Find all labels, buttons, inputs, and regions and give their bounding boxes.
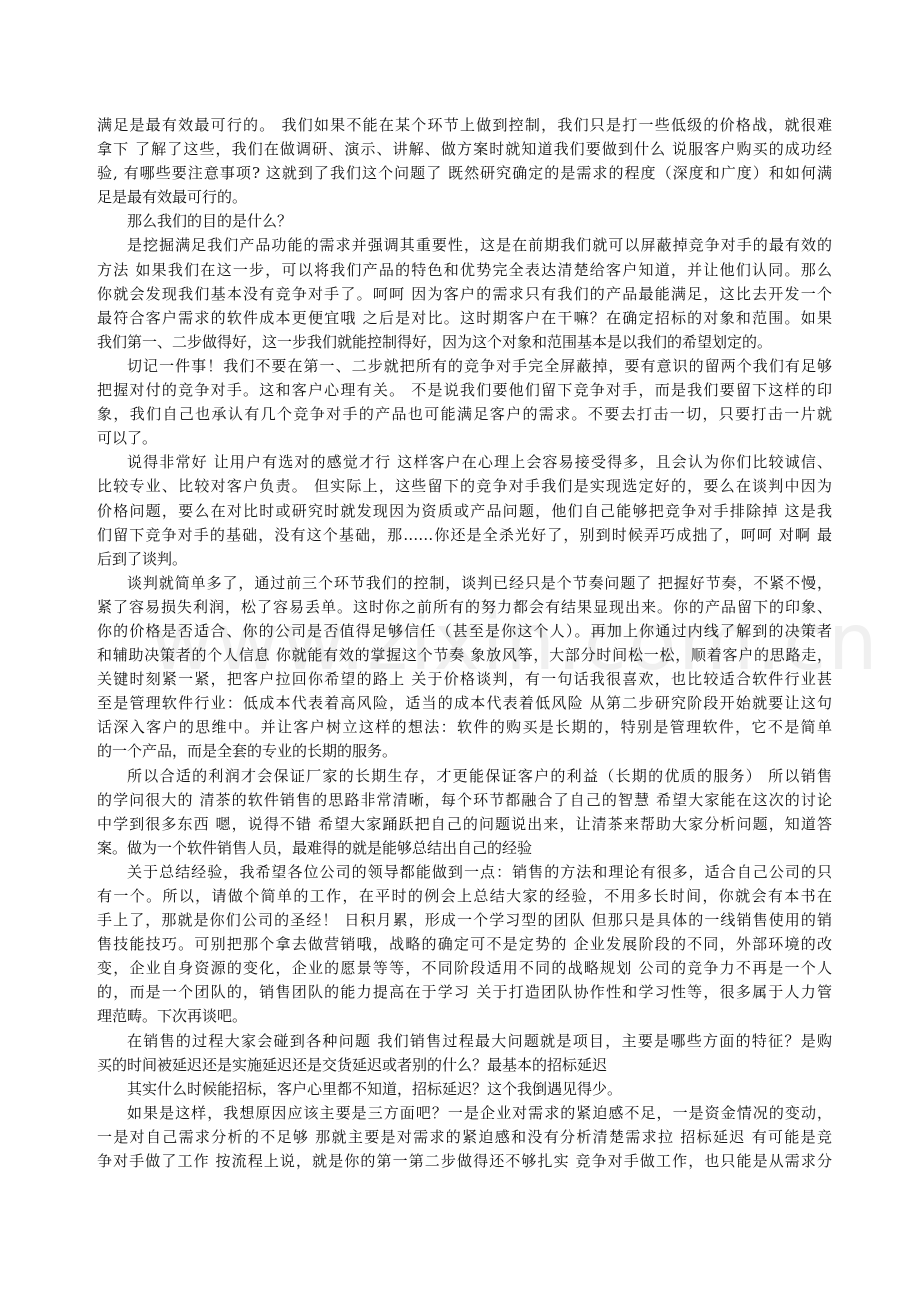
text-line: 的，而是一个团队的，销售团队的能力提高在于学习 关于打造团队协作性和学习性等，很… xyxy=(97,980,832,1004)
text-line: 把握对付的竞争对手。这和客户心理有关。 不是说我们要他们留下竞争对手，而是我们要… xyxy=(97,378,832,402)
text-line: 其实什么时候能招标，客户心里都不知道，招标延迟？这个我倒遇见得少。 xyxy=(97,1077,832,1101)
paragraph: 是挖掘满足我们产品功能的需求并强调其重要性，这是在前期我们就可以屏蔽掉竞争对手的… xyxy=(97,233,837,353)
text-line: 切记一件事！我们不要在第一、二步就把所有的竞争对手完全屏蔽掉，要有意识的留两个我… xyxy=(97,354,832,378)
paragraph: 在销售的过程大家会碰到各种问题 我们销售过程最大问题就是项目，主要是哪些方面的特… xyxy=(97,1029,837,1077)
text-line: 和辅助决策者的个人信息 你就能有效的掌握这个节奏 象放风筝，大部分时间松一松，顺… xyxy=(97,643,832,667)
document-body: 满足是最有效最可行的。 我们如果不能在某个环节上做到控制，我们只是打一些低级的价… xyxy=(97,113,837,1173)
text-line: 谈判就简单多了，通过前三个环节我们的控制，谈判已经只是个节奏问题了 把握好节奏，… xyxy=(97,571,832,595)
text-line: 是挖掘满足我们产品功能的需求并强调其重要性，这是在前期我们就可以屏蔽掉竞争对手的… xyxy=(97,233,832,257)
text-line: 中学到很多东西 嗯，说得不错 希望大家踊跃把自己的问题说出来，让清茶来帮助大家分… xyxy=(97,812,832,836)
text-line: 说得非常好 让用户有选对的感觉才行 这样客户在心理上会容易接受得多，且会认为你们… xyxy=(97,450,832,474)
text-line: 在销售的过程大家会碰到各种问题 我们销售过程最大问题就是项目，主要是哪些方面的特… xyxy=(97,1029,832,1053)
text-line: 那么我们的目的是什么？ xyxy=(97,209,832,233)
paragraph: 如果是这样，我想原因应该主要是三方面吧？一是企业对需求的紧迫感不足，一是资金情况… xyxy=(97,1101,837,1173)
text-line: 手上了，那就是你们公司的圣经！ 日积月累，形成一个学习型的团队 但那只是具体的一… xyxy=(97,908,832,932)
text-line: 案。做为一个软件销售人员，最难得的就是能够总结出自己的经验 xyxy=(97,836,832,860)
text-line: 象，我们自己也承认有几个竞争对手的产品也可能满足客户的需求。不要去打击一切，只要… xyxy=(97,402,832,426)
text-line: 变，企业自身资源的变化，企业的愿景等等，不同阶段适用不同的战略规划 公司的竞争力… xyxy=(97,956,832,980)
text-line: 价格问题，要么在对比时或研究时就发现因为资质或产品问题，他们自己能够把竞争对手排… xyxy=(97,499,832,523)
text-line: 关于总结经验，我希望各位公司的领导都能做到一点：销售的方法和理论有很多，适合自己… xyxy=(97,860,832,884)
text-line: 紧了容易损失利润，松了容易丢单。这时你之前所有的努力都会有结果显现出来。你的产品… xyxy=(97,595,832,619)
text-line: 我们第一、二步做得好，这一步我们就能控制得好，因为这个对象和范围基本是以我们的希… xyxy=(97,330,832,354)
text-line: 比较专业、比较对客户负责。 但实际上，这些留下的竞争对手我们是实现选定好的，要么… xyxy=(97,474,832,498)
text-line: 买的时间被延迟还是实施延迟还是交货延迟或者别的什么？最基本的招标延迟 xyxy=(97,1053,832,1077)
text-line: 售技能技巧。可别把那个拿去做营销哦，战略的确定可不是定势的 企业发展阶段的不同，… xyxy=(97,932,832,956)
text-line: 如果是这样，我想原因应该主要是三方面吧？一是企业对需求的紧迫感不足，一是资金情况… xyxy=(97,1101,832,1125)
text-line: 一是对自己需求分析的不足够 那就主要是对需求的紧迫感和没有分析清楚需求拉 招标延… xyxy=(97,1125,832,1149)
paragraph: 谈判就简单多了，通过前三个环节我们的控制，谈判已经只是个节奏问题了 把握好节奏，… xyxy=(97,571,837,764)
paragraph: 那么我们的目的是什么？ xyxy=(97,209,837,233)
text-line: 的一个产品，而是全套的专业的长期的服务。 xyxy=(97,739,832,763)
paragraph: 切记一件事！我们不要在第一、二步就把所有的竞争对手完全屏蔽掉，要有意识的留两个我… xyxy=(97,354,837,450)
paragraph: 关于总结经验，我希望各位公司的领导都能做到一点：销售的方法和理论有很多，适合自己… xyxy=(97,860,837,1029)
text-line: 足是最有效最可行的。 xyxy=(97,185,832,209)
paragraph: 所以合适的利润才会保证厂家的长期生存，才更能保证客户的利益（长期的优质的服务） … xyxy=(97,764,837,860)
text-line: 你的价格是否适合、你的公司是否值得足够信任（甚至是你这个人）。再加上你通过内线了… xyxy=(97,619,832,643)
text-line: 话深入客户的思维中。并让客户树立这样的想法：软件的购买是长期的，特别是管理软件，… xyxy=(97,715,832,739)
text-line: 们留下竞争对手的基础，没有这个基础，那……你还是全杀光好了，别到时候弄巧成拙了，… xyxy=(97,523,832,547)
paragraph: 其实什么时候能招标，客户心里都不知道，招标延迟？这个我倒遇见得少。 xyxy=(97,1077,837,1101)
text-line: 的学问很大的 清茶的软件销售的思路非常清晰，每个环节都融合了自己的智慧 希望大家… xyxy=(97,788,832,812)
paragraph: 说得非常好 让用户有选对的感觉才行 这样客户在心理上会容易接受得多，且会认为你们… xyxy=(97,450,837,570)
text-line: 你就会发现我们基本没有竞争对手了。呵呵 因为客户的需求只有我们的产品最能满足，这… xyxy=(97,282,832,306)
text-line: 验, 有哪些要注意事项? 这就到了我们这个问题了 既然研究确定的是需求的程度（深… xyxy=(97,161,832,185)
text-line: 满足是最有效最可行的。 我们如果不能在某个环节上做到控制，我们只是打一些低级的价… xyxy=(97,113,832,137)
text-line: 理范畴。下次再谈吧。 xyxy=(97,1004,832,1028)
text-line: 所以合适的利润才会保证厂家的长期生存，才更能保证客户的利益（长期的优质的服务） … xyxy=(97,764,832,788)
paragraph: 满足是最有效最可行的。 我们如果不能在某个环节上做到控制，我们只是打一些低级的价… xyxy=(97,113,837,209)
text-line: 关键时刻紧一紧，把客户拉回你希望的路上 关于价格谈判，有一句话我很喜欢，也比较适… xyxy=(97,667,832,691)
text-line: 争对手做了工作 按流程上说，就是你的第一第二步做得还不够扎实 竞争对手做工作，也… xyxy=(97,1149,832,1173)
text-line: 方法 如果我们在这一步，可以将我们产品的特色和优势完全表达清楚给客户知道，并让他… xyxy=(97,258,832,282)
text-line: 最符合客户需求的软件成本更便宜哦 之后是对比。这时期客户在干嘛？在确定招标的对象… xyxy=(97,306,832,330)
text-line: 后到了谈判。 xyxy=(97,547,832,571)
text-line: 可以了。 xyxy=(97,426,832,450)
text-line: 拿下 了解了这些，我们在做调研、演示、讲解、做方案时就知道我们要做到什么 说服客… xyxy=(97,137,832,161)
text-line: 有一个。所以，请做个简单的工作，在平时的例会上总结大家的经验，不用多长时间，你就… xyxy=(97,884,832,908)
text-line: 至是管理软件行业：低成本代表着高风险，适当的成本代表着低风险 从第二步研究阶段开… xyxy=(97,691,832,715)
